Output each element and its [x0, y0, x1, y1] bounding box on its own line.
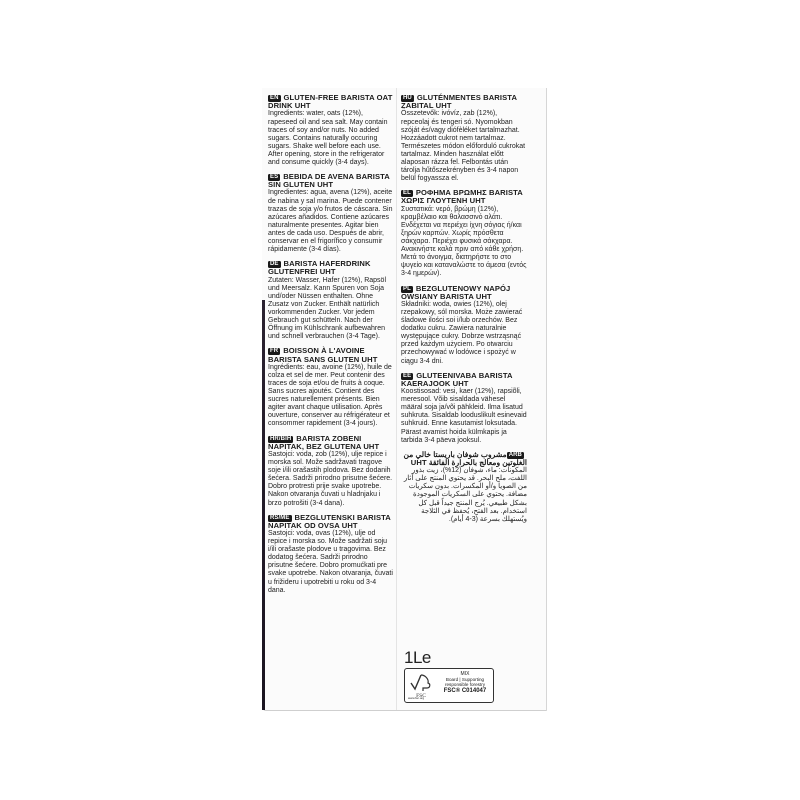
- section-title: BARISTA HAFERDRINK GLUTENFREI UHT: [268, 259, 371, 276]
- label-section-pl: PLBEZGLUTENOWY NAPÓJ OWSIANY BARISTA UHT…: [401, 285, 527, 366]
- section-title: GLUTEN-FREE BARISTA OAT DRINK UHT: [268, 93, 392, 110]
- section-body: Koostisosad: vesi, kaer (12%), rapsiõli,…: [401, 388, 527, 445]
- volume-mark: 1Le: [404, 648, 431, 668]
- section-body: Sastojci: voda, zob (12%), ulje repice i…: [268, 451, 394, 508]
- section-title: BEZGLUTENOWY NAPÓJ OWSIANY BARISTA UHT: [401, 284, 510, 301]
- label-section-el: ELΡΟΦΗΜΑ ΒΡΩΜΗΣ BARISTA ΧΩΡΙΣ ΓΛΟΥΤΕΝΗ U…: [401, 189, 527, 278]
- section-body: Összetevők: ivóvíz, zab (12%), repceolaj…: [401, 110, 527, 183]
- section-body: Zutaten: Wasser, Hafer (12%), Rapsöl und…: [268, 277, 394, 342]
- fsc-certification-box: FSC MIX Board | Supporting responsible f…: [404, 668, 494, 703]
- section-title: BEBIDA DE AVENA BARISTA SIN GLUTEN UHT: [268, 172, 390, 189]
- section-body: المكونات: ماء، شوفان (12%)، زيت بذور الل…: [401, 467, 527, 524]
- section-body: Ingredients: water, oats (12%), rapeseed…: [268, 110, 394, 167]
- carton-edge: [262, 300, 265, 710]
- label-column-left: ENGLUTEN-FREE BARISTA OAT DRINK UHT Ingr…: [268, 94, 394, 601]
- section-title: GLUTÉNMENTES BARISTA ZABITAL UHT: [401, 93, 517, 110]
- section-body: Ingrédients: eau, avoine (12%), huile de…: [268, 364, 394, 429]
- section-title: GLUTEENIVABA BARISTA KAERAJOOK UHT: [401, 371, 512, 388]
- label-section-fr: FRBOISSON À L'AVOINE BARISTA SANS GLUTEN…: [268, 347, 394, 428]
- label-section-ee: EEGLUTEENIVABA BARISTA KAERAJOOK UHT Koo…: [401, 372, 527, 445]
- section-title: BOISSON À L'AVOINE BARISTA SANS GLUTEN U…: [268, 346, 377, 363]
- label-section-arb: ARBمشروب شوفان باريستا خالي من الغلوتين …: [401, 451, 527, 524]
- section-body: Sastojci: voda, ovas (12%), ulje od repi…: [268, 530, 394, 595]
- label-section-es: ESBEBIDA DE AVENA BARISTA SIN GLUTEN UHT…: [268, 173, 394, 254]
- label-section-de: DEBARISTA HAFERDRINK GLUTENFREI UHT Zuta…: [268, 260, 394, 341]
- label-section-en: ENGLUTEN-FREE BARISTA OAT DRINK UHT Ingr…: [268, 94, 394, 167]
- panel-fold-line: [396, 88, 397, 710]
- fsc-description: Board | Supporting responsible forestry: [438, 677, 492, 687]
- section-body: Składniki: woda, owies (12%), olej rzepa…: [401, 301, 527, 366]
- label-section-rs-me: RS/MEBEZGLUTENSKI BARISTA NAPITAK OD OVS…: [268, 514, 394, 595]
- label-section-hu: HUGLUTÉNMENTES BARISTA ZABITAL UHT Össze…: [401, 94, 527, 183]
- section-body: Ingredientes: agua, avena (12%), aceite …: [268, 189, 394, 254]
- fsc-text: MIX Board | Supporting responsible fores…: [438, 671, 492, 695]
- fsc-url: www.fsc.org: [408, 696, 424, 700]
- label-column-right: HUGLUTÉNMENTES BARISTA ZABITAL UHT Össze…: [401, 94, 527, 530]
- fsc-tree-checkmark-icon: FSC: [409, 671, 433, 699]
- section-title: ΡΟΦΗΜΑ ΒΡΩΜΗΣ BARISTA ΧΩΡΙΣ ΓΛΟΥΤΕΝΗ UHT: [401, 188, 523, 205]
- fsc-license-code: FSC® C014047: [438, 687, 492, 695]
- label-section-hr-bih: HR/BIHBARISTA ZOBENI NAPITAK, BEZ GLUTEN…: [268, 435, 394, 508]
- section-body: Συστατικά: νερό, βρώμη (12%), κραμβέλαιο…: [401, 206, 527, 279]
